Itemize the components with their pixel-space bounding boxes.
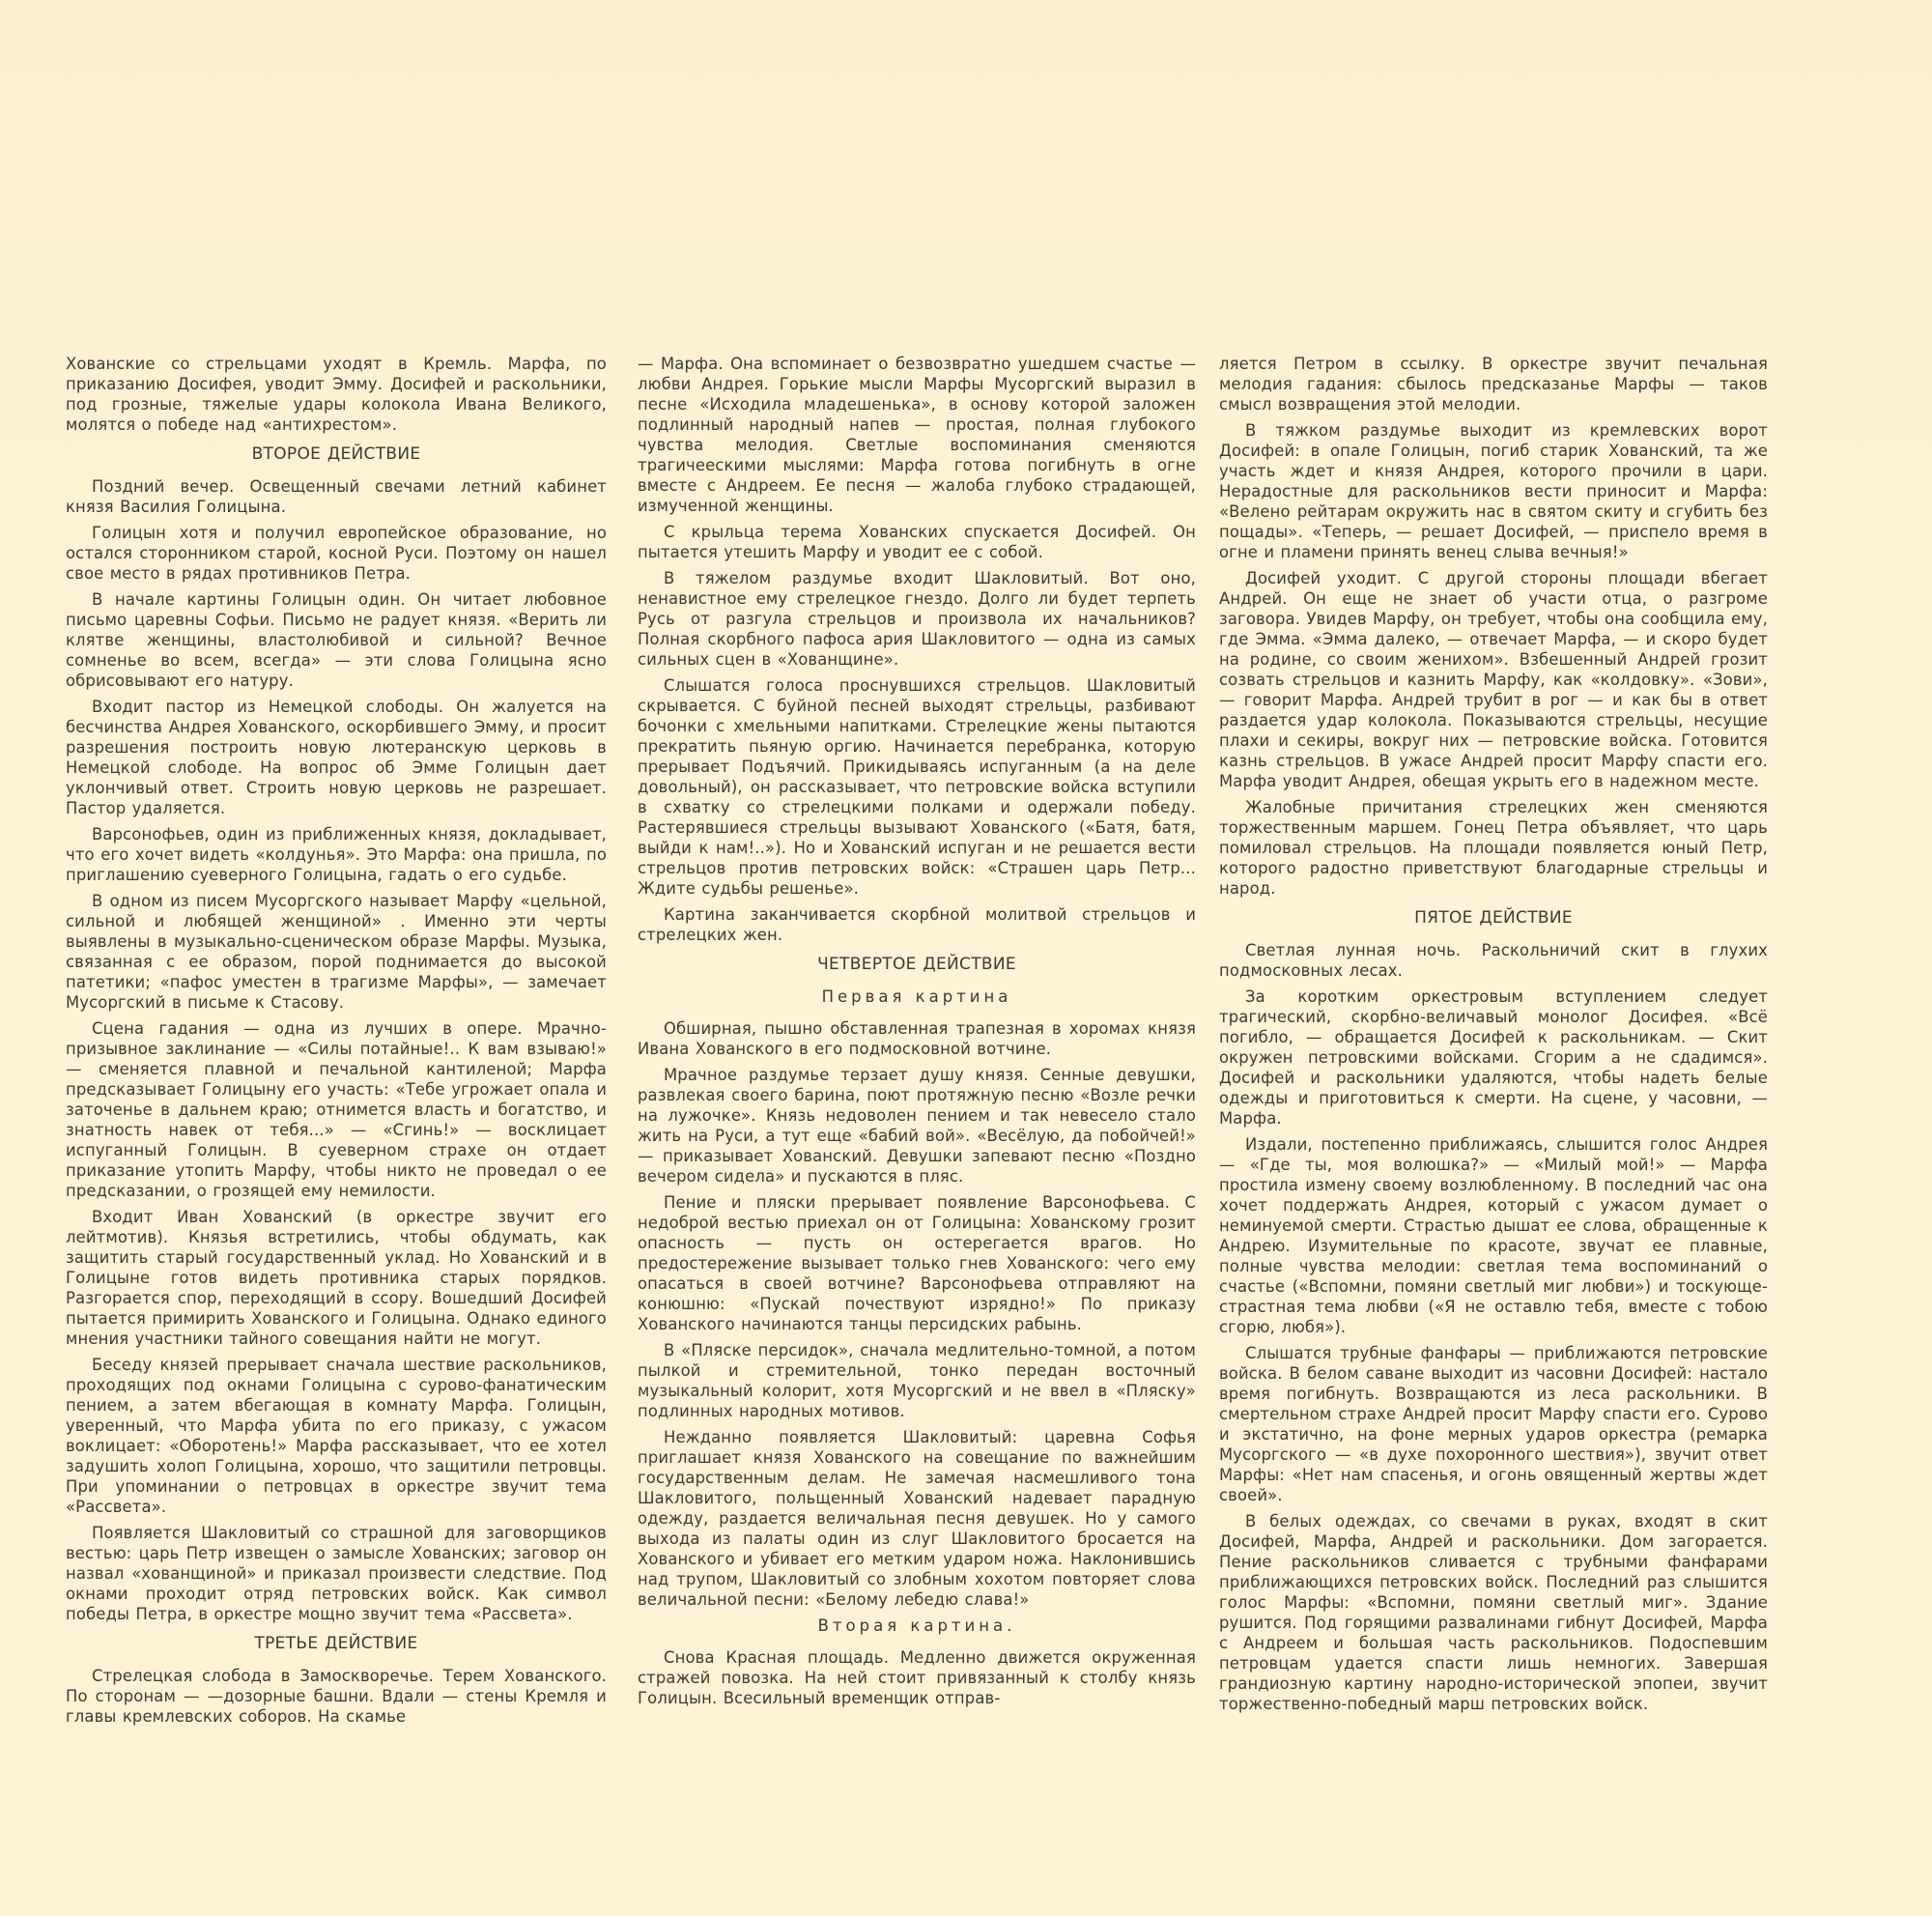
paragraph: За коротким оркестровым вступлением след… — [1219, 987, 1768, 1129]
paragraph: Слышатся голоса проснувшихся стрельцов. … — [638, 675, 1196, 899]
paragraph: Светлая лунная ночь. Раскольничий скит в… — [1219, 940, 1768, 981]
paragraph: Варсонофьев, один из приближенных князя,… — [66, 824, 607, 885]
paragraph: Стрелецкая слобода в Замоскворечье. Тере… — [66, 1666, 607, 1727]
paragraph: Поздний вечер. Освещенный свечами летний… — [66, 476, 607, 517]
paragraph: — Марфа. Она вспоминает о безвозвратно у… — [638, 354, 1196, 516]
paragraph: Жалобные причитания стрелецких жен сменя… — [1219, 797, 1768, 899]
paragraph: Голицын хотя и получил европейское образ… — [66, 523, 607, 584]
paragraph: Беседу князей прерывает сначала шествие … — [66, 1355, 607, 1517]
paragraph: С крыльца терема Хованских спускается До… — [638, 522, 1196, 562]
paragraph: Мрачное раздумье терзает душу князя. Сен… — [638, 1065, 1196, 1187]
paragraph: В тяжком раздумье выходит из кремлевских… — [1219, 420, 1768, 562]
paragraph: Пение и пляски прерывает появление Варсо… — [638, 1192, 1196, 1334]
act-heading: ВТОРОЕ ДЕЙСТВИЕ — [66, 444, 607, 465]
paragraph: ляется Петром в ссылку. В оркестре звучи… — [1219, 354, 1768, 415]
act-heading: ПЯТОЕ ДЕЙСТВИЕ — [1219, 908, 1768, 929]
paragraph: Нежданно появляется Шакловитый: царевна … — [638, 1427, 1196, 1610]
paragraph: В начале картины Голицын один. Он читает… — [66, 589, 607, 691]
paragraph: Сцена гадания — одна из лучших в опере. … — [66, 1018, 607, 1201]
scene-subheading: Вторая картина. — [638, 1616, 1196, 1636]
act-heading: ЧЕТВЕРТОЕ ДЕЙСТВИЕ — [638, 955, 1196, 975]
paragraph: В «Пляске персидок», сначала медлительно… — [638, 1340, 1196, 1421]
paragraph: Входит пастор из Немецкой слободы. Он жа… — [66, 697, 607, 818]
paragraph: В одном из писем Мусоргского называет Ма… — [66, 891, 607, 1013]
paragraph: Хованские со стрельцами уходят в Кремль.… — [66, 354, 607, 435]
paragraph: Снова Красная площадь. Медленно движется… — [638, 1647, 1196, 1708]
text-column-1: Хованские со стрельцами уходят в Кремль.… — [66, 354, 607, 1732]
paragraph: Обширная, пышно обставленная трапезная в… — [638, 1018, 1196, 1059]
text-column-3: ляется Петром в ссылку. В оркестре звучи… — [1219, 354, 1768, 1720]
paragraph: В тяжелом раздумье входит Шакловитый. Во… — [638, 568, 1196, 670]
paragraph: Досифей уходит. С другой стороны площади… — [1219, 568, 1768, 791]
paragraph: В белых одеждах, со свечами в руках, вхо… — [1219, 1511, 1768, 1714]
text-column-2: — Марфа. Она вспоминает о безвозвратно у… — [638, 354, 1196, 1714]
paragraph: Издали, постепенно приближаясь, слышится… — [1219, 1134, 1768, 1337]
paragraph: Слышатся трубные фанфары — приближаются … — [1219, 1343, 1768, 1505]
paragraph: Появляется Шакловитый со страшной для за… — [66, 1523, 607, 1624]
paragraph: Входит Иван Хованский (в оркестре звучит… — [66, 1207, 607, 1349]
act-heading: ТРЕТЬЕ ДЕЙСТВИЕ — [66, 1634, 607, 1654]
scene-subheading: Первая картина — [638, 987, 1196, 1007]
paragraph: Картина заканчивается скорбной молитвой … — [638, 904, 1196, 945]
printed-page: Хованские со стрельцами уходят в Кремль.… — [0, 0, 1932, 1916]
